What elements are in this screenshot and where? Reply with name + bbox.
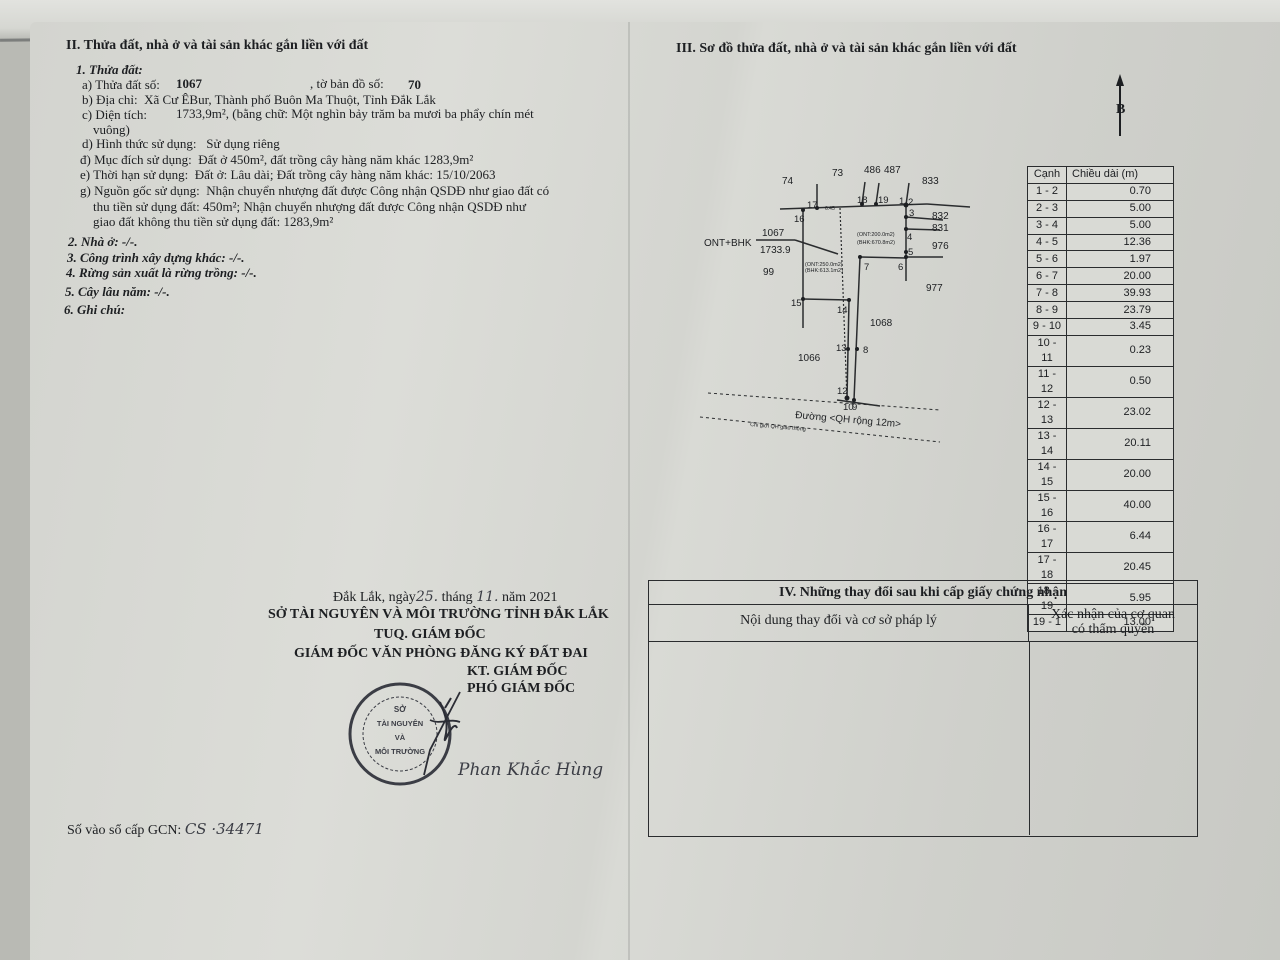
length-col-header: Chiều dài (m) xyxy=(1067,167,1174,184)
svg-text:1066: 1066 xyxy=(798,353,821,364)
svg-text:VÀ: VÀ xyxy=(395,733,406,742)
signer-name: Phan Khắc Hùng xyxy=(458,760,603,780)
deputy-title: PHÓ GIÁM ĐỐC xyxy=(467,681,575,697)
usage-form-value: Sử dụng riêng xyxy=(206,136,280,151)
area-label: c) Diện tích: xyxy=(82,107,147,123)
svg-text:17: 17 xyxy=(807,200,818,211)
svg-text:TÀI NGUYÊN: TÀI NGUYÊN xyxy=(377,719,423,728)
change-content-cell xyxy=(649,642,1030,835)
svg-text:1067: 1067 xyxy=(762,228,785,239)
table-row: 11 - 120.50 xyxy=(1028,366,1174,397)
notes-item: 6. Ghi chú: xyxy=(64,302,125,318)
svg-text:7: 7 xyxy=(864,262,869,273)
issuing-org: SỞ TÀI NGUYÊN VÀ MÔI TRƯỜNG TỈNH ĐẮK LẮK xyxy=(268,607,609,623)
svg-text:16: 16 xyxy=(794,214,805,225)
svg-text:15: 15 xyxy=(791,298,802,309)
svg-text:12: 12 xyxy=(837,386,848,397)
land-heading: 1. Thửa đất: xyxy=(76,62,143,78)
table-row: 5 - 61.97 xyxy=(1028,251,1174,268)
table-row: 17 - 1820.45 xyxy=(1028,552,1174,583)
registry-number: CS ·34471 xyxy=(185,820,264,838)
svg-text:487: 487 xyxy=(884,165,901,176)
handwritten-month: 11. xyxy=(476,589,498,605)
edge-col-header: Cạnh xyxy=(1028,167,1067,184)
parcel-label: a) Thửa đất số: xyxy=(82,77,160,92)
svg-text:5: 5 xyxy=(908,247,913,258)
changes-title: IV. Những thay đổi sau khi cấp giấy chứn… xyxy=(649,581,1197,605)
changes-table: IV. Những thay đổi sau khi cấp giấy chứn… xyxy=(648,580,1198,837)
svg-text:(BHK:613.1m2): (BHK:613.1m2) xyxy=(805,268,843,274)
table-row: 4 - 512.36 xyxy=(1028,234,1174,251)
section2-title: II. Thửa đất, nhà ở và tài sản khác gắn … xyxy=(66,38,368,54)
table-row: 9 - 103.45 xyxy=(1028,319,1174,336)
svg-text:6: 6 xyxy=(898,262,903,273)
area-value: 1733,9m², (bằng chữ: Một nghìn bảy trăm … xyxy=(176,106,534,122)
svg-text:74: 74 xyxy=(782,176,794,187)
svg-text:MÔI TRƯỜNG: MÔI TRƯỜNG xyxy=(375,747,425,756)
svg-text:4: 4 xyxy=(907,232,912,243)
svg-text:(BHK:670.8m2): (BHK:670.8m2) xyxy=(857,240,895,246)
purpose-label: đ) Mục đích sử dụng: xyxy=(80,152,192,167)
svg-text:13: 13 xyxy=(836,343,847,354)
table-row: 16 - 176.44 xyxy=(1028,521,1174,552)
edge-table-header: Cạnh Chiều dài (m) xyxy=(1028,167,1174,184)
table-row: 1 - 20.70 xyxy=(1028,183,1174,200)
origin-value: Nhận chuyển nhượng đất được Công nhận QS… xyxy=(206,183,549,198)
parcel-number: 1067 xyxy=(176,76,202,92)
office-title: GIÁM ĐỐC VĂN PHÒNG ĐĂNG KÝ ĐẤT ĐAI xyxy=(294,646,588,662)
origin-value-cont1: thu tiền sử dụng đất: 450m²; Nhận chuyển… xyxy=(93,199,526,215)
table-row: 10 - 110.23 xyxy=(1028,335,1174,366)
handwritten-day: 25. xyxy=(416,589,438,605)
usage-form-row: d) Hình thức sử dụng: Sử dụng riêng xyxy=(82,136,280,152)
svg-text:3: 3 xyxy=(909,208,914,219)
plot-diagram: 171819 123 456 71615 14138 12109 6.45 74… xyxy=(690,160,990,450)
registry-row: Số vào sổ cấp GCN: CS ·34471 xyxy=(67,820,264,839)
other-construction-item: 3. Công trình xây dựng khác: -/-. xyxy=(67,250,245,266)
svg-text:9: 9 xyxy=(852,402,857,413)
term-value: Đất ở: Lâu dài; Đất trồng cây hàng năm k… xyxy=(195,167,496,182)
origin-label: g) Nguồn gốc sử dụng: xyxy=(80,183,200,198)
term-label: e) Thời hạn sử dụng: xyxy=(80,167,188,182)
table-row: 13 - 1420.11 xyxy=(1028,428,1174,459)
origin-row: g) Nguồn gốc sử dụng: Nhận chuyển nhượng… xyxy=(80,183,549,199)
usage-form-label: d) Hình thức sử dụng: xyxy=(82,136,196,151)
table-row: 8 - 923.79 xyxy=(1028,302,1174,319)
svg-text:8: 8 xyxy=(863,345,868,356)
page-fold xyxy=(628,22,630,960)
svg-text:Chỉ giới QH giao thông: Chỉ giới QH giao thông xyxy=(750,421,806,433)
kt-title: KT. GIÁM ĐỐC xyxy=(467,664,567,680)
changes-body-row xyxy=(649,642,1197,835)
svg-text:976: 976 xyxy=(932,241,949,252)
table-row: 3 - 45.00 xyxy=(1028,217,1174,234)
svg-text:99: 99 xyxy=(763,267,775,278)
table-row: 14 - 1520.00 xyxy=(1028,459,1174,490)
purpose-row: đ) Mục đích sử dụng: Đất ở 450m², đất tr… xyxy=(80,152,473,168)
table-row: 6 - 720.00 xyxy=(1028,268,1174,285)
svg-text:2: 2 xyxy=(908,197,913,208)
house-item: 2. Nhà ở: -/-. xyxy=(68,234,137,250)
purpose-value: Đất ở 450m², đất trồng cây hàng năm khác… xyxy=(198,152,473,167)
north-label: B xyxy=(1116,102,1125,118)
signing-date: Đắk Lắk, ngày25. tháng 11. năm 2021 xyxy=(333,589,558,606)
svg-text:14: 14 xyxy=(837,305,848,316)
address-label: b) Địa chỉ: xyxy=(82,92,138,107)
svg-text:Đường <QH rộng 12m>: Đường <QH rộng 12m> xyxy=(795,410,902,430)
table-row: 15 - 1640.00 xyxy=(1028,490,1174,521)
map-sheet-label: , tờ bản đồ số: xyxy=(310,76,384,92)
svg-text:831: 831 xyxy=(932,223,949,234)
tuq-title: TUQ. GIÁM ĐỐC xyxy=(374,627,486,643)
svg-text:832: 832 xyxy=(932,211,949,222)
table-row: 12 - 1323.02 xyxy=(1028,397,1174,428)
term-row: e) Thời hạn sử dụng: Đất ở: Lâu dài; Đất… xyxy=(80,167,496,183)
svg-text:(ONT:200.0m2): (ONT:200.0m2) xyxy=(857,232,895,238)
perennial-item: 5. Cây lâu năm: -/-. xyxy=(65,284,170,300)
svg-text:ONT+BHK: ONT+BHK xyxy=(704,238,752,249)
svg-text:SỞ: SỞ xyxy=(394,705,406,714)
svg-text:977: 977 xyxy=(926,283,943,294)
registry-label: Số vào sổ cấp GCN: xyxy=(67,823,181,838)
address-value: Xã Cư ÊBur, Thành phố Buôn Ma Thuột, Tỉn… xyxy=(144,92,436,107)
svg-text:19: 19 xyxy=(878,195,889,206)
changes-header-row: Nội dung thay đổi và cơ sở pháp lý Xác n… xyxy=(649,605,1197,642)
map-sheet-number: 70 xyxy=(408,77,421,93)
parcel-number-row: a) Thửa đất số: xyxy=(82,77,160,93)
svg-text:6.45: 6.45 xyxy=(825,206,835,212)
svg-text:1733.9: 1733.9 xyxy=(760,245,791,256)
svg-text:73: 73 xyxy=(832,168,844,179)
change-content-header: Nội dung thay đổi và cơ sở pháp lý xyxy=(649,605,1029,641)
svg-text:1: 1 xyxy=(899,196,904,207)
svg-text:833: 833 xyxy=(922,176,939,187)
table-row: 7 - 839.93 xyxy=(1028,285,1174,302)
origin-value-cont2: giao đất không thu tiền sử dụng đất: 128… xyxy=(93,214,333,230)
forest-item: 4. Rừng sản xuất là rừng trồng: -/-. xyxy=(66,265,257,281)
svg-text:1068: 1068 xyxy=(870,318,893,329)
authority-confirm-header: Xác nhận của cơ quan có thẩm quyền xyxy=(1029,605,1197,641)
table-row: 2 - 35.00 xyxy=(1028,200,1174,217)
svg-text:18: 18 xyxy=(857,195,868,206)
edge-length-table: Cạnh Chiều dài (m) 1 - 20.70 2 - 35.00 3… xyxy=(1027,166,1174,632)
svg-text:486: 486 xyxy=(864,165,881,176)
section3-title: III. Sơ đồ thửa đất, nhà ở và tài sản kh… xyxy=(676,41,1017,57)
